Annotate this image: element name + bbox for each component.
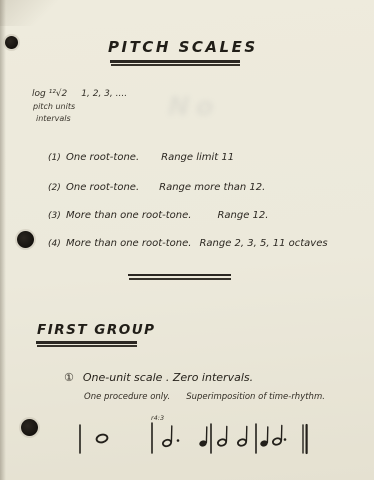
corner-shade <box>0 0 60 26</box>
notebook-page: No PITCH SCALES log ¹²√21, 2, 3, .... pi… <box>0 0 374 480</box>
item-text: More than one root-tone. <box>66 238 191 249</box>
whole-note <box>96 433 109 443</box>
augmentation-dot <box>177 439 180 442</box>
bleed-through-ghost: No <box>168 92 298 124</box>
hole-punch-bottom <box>21 419 38 436</box>
list-item: (2)One root-tone.Range more than 12. <box>48 182 265 193</box>
section-divider <box>128 274 231 276</box>
procedure-note-2: Superimposition of time-rhythm. <box>186 392 325 402</box>
music-notation <box>74 420 314 458</box>
item-range: Range limit 11 <box>161 152 234 163</box>
half-note-head <box>272 437 282 445</box>
group-item-title: One-unit scale . Zero intervals. <box>83 371 253 384</box>
section-heading: FIRST GROUP <box>37 322 156 338</box>
procedure-note: One procedure only. <box>84 392 170 402</box>
item-text: One root-tone. <box>66 182 139 193</box>
formula-expression: log ¹²√2 <box>32 89 67 99</box>
list-item: (3)More than one root-tone.Range 12. <box>48 210 268 221</box>
title-underline <box>110 60 240 63</box>
formula-line: log ¹²√21, 2, 3, .... <box>32 88 127 100</box>
section-divider-2 <box>129 278 231 280</box>
item-range: Range more than 12. <box>159 182 265 193</box>
item-number: (1) <box>48 153 66 163</box>
page-edge-shadow <box>0 0 6 480</box>
page-title: PITCH SCALES <box>108 38 244 56</box>
formula-label-intervals: intervals <box>36 114 71 123</box>
heading-underline <box>36 341 137 344</box>
circled-number: ① <box>64 371 74 384</box>
item-text: More than one root-tone. <box>66 210 191 221</box>
item-number: (2) <box>48 183 66 193</box>
half-note-head <box>237 438 247 446</box>
formula-sequence: 1, 2, 3, .... <box>81 89 127 99</box>
hole-punch-top <box>5 36 18 49</box>
half-note-head <box>162 439 172 447</box>
list-item: (4)More than one root-tone.Range 2, 3, 5… <box>48 238 328 249</box>
group-item: ①One-unit scale . Zero intervals. <box>64 371 253 384</box>
heading-underline-2 <box>37 345 137 347</box>
item-number: (4) <box>48 239 66 249</box>
item-range: Range 2, 3, 5, 11 octaves <box>199 238 327 249</box>
augmentation-dot <box>284 438 287 441</box>
formula-label-pitch-units: pitch units <box>33 102 75 111</box>
item-text: One root-tone. <box>66 152 139 163</box>
item-range: Range 12. <box>217 210 268 221</box>
group-item-note: One procedure only.Superimposition of ti… <box>84 392 325 402</box>
list-item: (1)One root-tone.Range limit 11 <box>48 152 234 163</box>
half-note-head <box>217 438 227 446</box>
title-underline-2 <box>111 64 240 66</box>
hole-punch-middle <box>17 231 34 248</box>
item-number: (3) <box>48 211 66 221</box>
